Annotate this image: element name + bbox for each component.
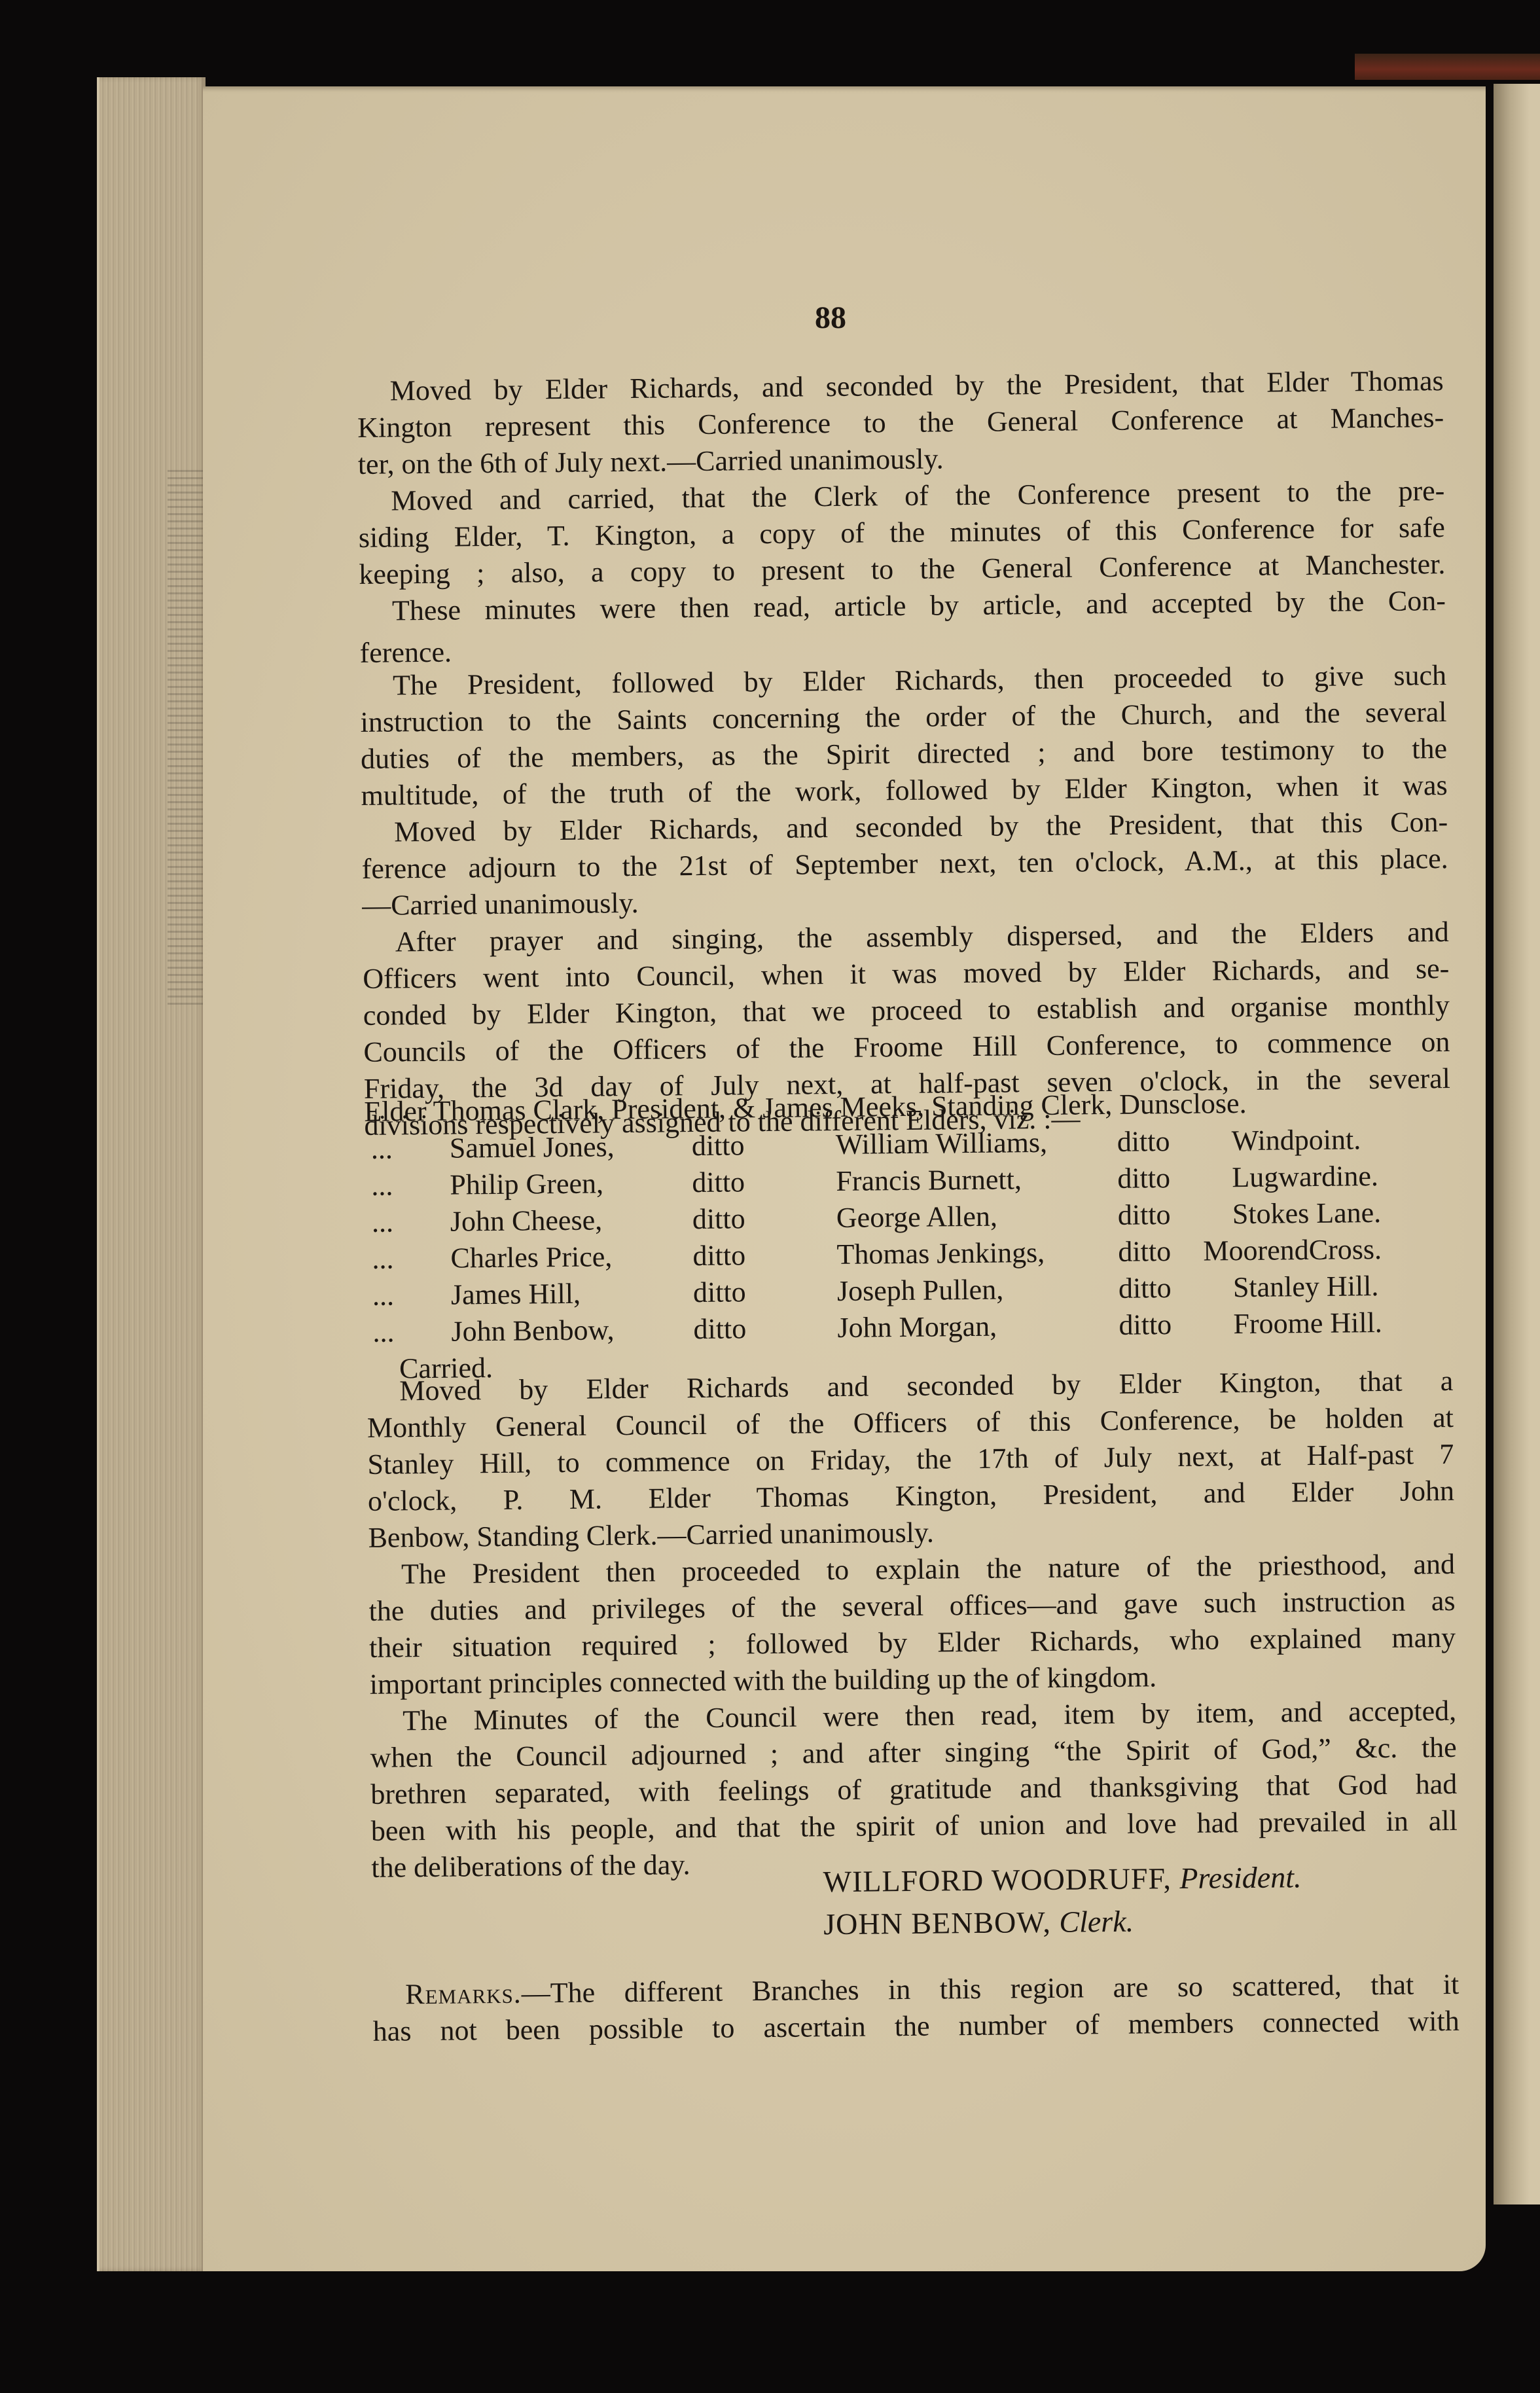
place-name: MoorendCross. xyxy=(1203,1231,1382,1270)
signature-president: WILLFORD WOODRUFF, President. xyxy=(823,1860,1301,1899)
clerk-name: William Williams, xyxy=(836,1125,1048,1163)
place-name: Lugwardine. xyxy=(1232,1158,1378,1196)
ditto-mark: ditto xyxy=(1117,1123,1170,1161)
paragraph: The President, followed by Elder Richard… xyxy=(360,657,1448,814)
book-cover-top-edge xyxy=(1355,54,1540,80)
ditto-mark: ditto xyxy=(693,1274,746,1311)
remarks-text: —The different Branches in this region a… xyxy=(522,1968,1459,2009)
ditto-dots: ... xyxy=(371,1131,393,1168)
clerk-name: George Allen, xyxy=(836,1198,998,1236)
place-name: Stanley Hill. xyxy=(1233,1268,1379,1306)
paragraph: Moved and carried, that the Clerk of the… xyxy=(358,473,1446,593)
signatory-title: President. xyxy=(1179,1860,1302,1895)
ditto-dots: ... xyxy=(371,1168,393,1204)
elder-name: Samuel Jones, xyxy=(450,1128,615,1166)
ditto-dots: ... xyxy=(372,1277,395,1314)
clerk-name: Francis Burnett, xyxy=(836,1161,1022,1200)
ditto-mark: ditto xyxy=(1118,1196,1171,1234)
paragraph: The President then proceeded to explain … xyxy=(368,1546,1456,1703)
paragraph: Moved by Elder Richards, and seconded by… xyxy=(357,363,1444,483)
ditto-mark: ditto xyxy=(693,1310,746,1348)
ditto-dots: ... xyxy=(372,1314,395,1350)
facing-page-edge xyxy=(1494,84,1540,2204)
ditto-mark: ditto xyxy=(1118,1233,1171,1270)
ditto-mark: ditto xyxy=(692,1127,745,1164)
ditto-mark: ditto xyxy=(1119,1270,1172,1307)
remarks-paragraph: Remarks.—The different Branches in this … xyxy=(372,1966,1459,2050)
elder-name: John Benbow, xyxy=(451,1312,614,1350)
remarks-label: Remarks. xyxy=(405,1977,522,2011)
council-roster-table: Elder Thomas Clark, President, & James M… xyxy=(364,1083,1479,1388)
signatory-name: JOHN BENBOW, xyxy=(823,1905,1051,1941)
signatory-title: Clerk. xyxy=(1059,1905,1134,1939)
ditto-mark: ditto xyxy=(1119,1306,1172,1344)
ditto-mark: ditto xyxy=(692,1237,745,1274)
place-name: Stokes Lane. xyxy=(1232,1195,1382,1232)
ditto-mark: ditto xyxy=(1117,1160,1170,1197)
page-number: 88 xyxy=(815,300,846,336)
place-name: Windpoint. xyxy=(1232,1121,1361,1159)
clerk-name: John Morgan, xyxy=(837,1308,997,1346)
ditto-dots: ... xyxy=(372,1240,394,1277)
signature-clerk: JOHN BENBOW, Clerk. xyxy=(823,1904,1134,1942)
elder-name: James Hill, xyxy=(451,1276,581,1314)
elder-name: John Cheese, xyxy=(450,1202,603,1240)
ditto-mark: ditto xyxy=(692,1164,745,1201)
paragraph: Moved by Elder Richards and seconded by … xyxy=(367,1363,1455,1556)
signatory-name: WILLFORD WOODRUFF, xyxy=(823,1862,1172,1898)
paragraph: Moved by Elder Richards, and seconded by… xyxy=(361,804,1449,924)
clerk-name: Thomas Jenkings, xyxy=(836,1234,1045,1273)
place-name: Froome Hill. xyxy=(1233,1304,1382,1342)
paragraph: The Minutes of the Council were then rea… xyxy=(370,1693,1458,1886)
elder-name: Charles Price, xyxy=(450,1238,612,1276)
ditto-dots: ... xyxy=(372,1204,394,1241)
stacked-page-edges xyxy=(97,77,206,2271)
ditto-mark: ditto xyxy=(692,1200,745,1238)
clerk-name: Joseph Pullen, xyxy=(837,1272,1004,1310)
elder-name: Philip Green, xyxy=(450,1165,603,1203)
